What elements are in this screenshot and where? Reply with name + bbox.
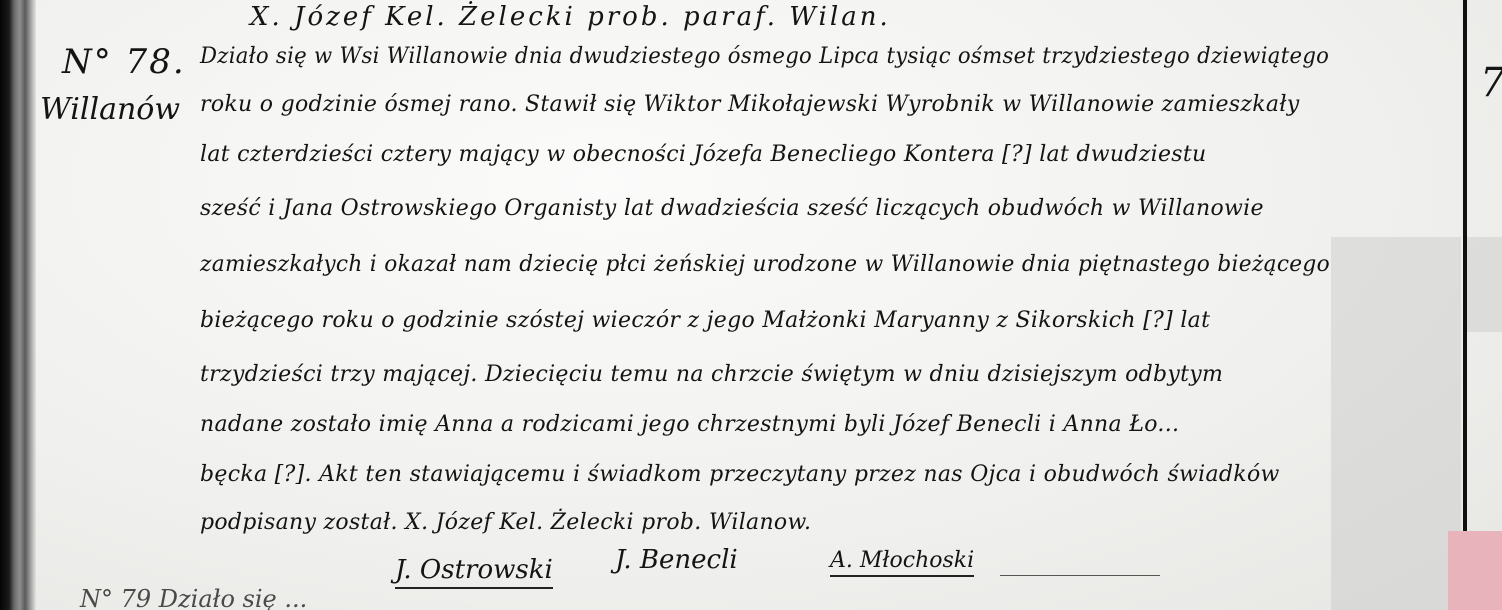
pink-tab-marker: [1448, 531, 1502, 610]
signature-benecli: J. Benecli: [615, 545, 738, 575]
body-line-2: roku o godzinie ósmej rano. Stawił się W…: [200, 92, 1300, 117]
signature-ostrowski: J. Ostrowski: [395, 555, 553, 589]
body-line-7: trzydzieści trzy mającej. Dziecięciu tem…: [200, 362, 1223, 387]
body-line-4: sześć i Jana Ostrowskiego Organisty lat …: [200, 196, 1264, 221]
entry-number: N° 78.: [62, 42, 186, 82]
header-annotation: X. Józef Kel. Żelecki prob. paraf. Wilan…: [250, 2, 891, 32]
body-line-3: lat czterdzieści cztery mający w obecnoś…: [200, 142, 1207, 167]
next-entry-fragment: N° 79 Działo się ...: [80, 585, 307, 610]
body-line-5: zamieszkałych i okazał nam dziecię płci …: [200, 252, 1330, 277]
book-binding-edge: [0, 0, 36, 610]
highlight-overlay-margin: [1467, 237, 1502, 332]
body-line-1: Działo się w Wsi Willanowie dnia dwudzie…: [200, 44, 1329, 69]
margin-rule-line: [1463, 0, 1467, 610]
margin-mark: 7: [1480, 60, 1502, 106]
body-line-6: bieżącego roku o godzinie szóstej wieczó…: [200, 308, 1210, 333]
register-page: X. Józef Kel. Żelecki prob. paraf. Wilan…: [0, 0, 1502, 610]
highlight-overlay: [1331, 237, 1461, 610]
signature-mlochoski: A. Młochoski: [830, 548, 974, 577]
body-line-9: bęcka [?]. Akt ten stawiającemu i świadk…: [200, 462, 1280, 487]
closing-rule: [1000, 575, 1160, 576]
place-name: Willanów: [40, 92, 180, 127]
body-line-8: nadane zostało imię Anna a rodzicami jeg…: [200, 412, 1179, 437]
body-line-10: podpisany został. X. Józef Kel. Żelecki …: [200, 510, 811, 535]
